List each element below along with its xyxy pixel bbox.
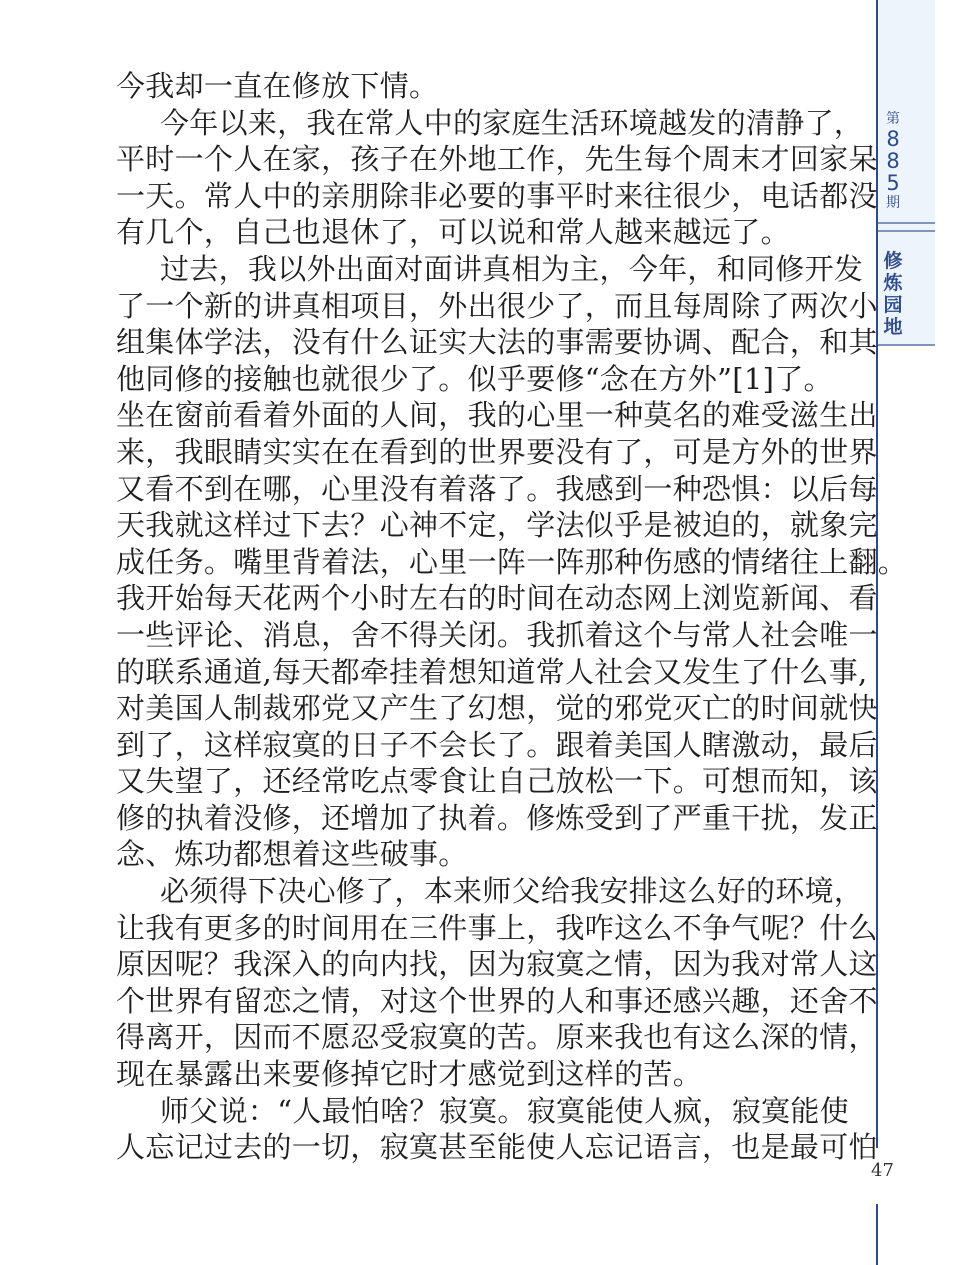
text-line: 又失望了，还经常吃点零食让自己放松一下。可想而知，该 [116, 763, 862, 800]
text-line: 组集体学法，没有什么证实大法的事需要协调、配合，和其 [116, 324, 862, 361]
section-char: 园 [880, 294, 906, 316]
text-line: 到了，这样寂寞的日子不会长了。跟着美国人瞎激动，最后 [116, 727, 862, 764]
text-line: 修的执着没修，还增加了执着。修炼受到了严重干扰，发正 [116, 800, 862, 837]
text-line: 我开始每天花两个小时左右的时间在动态网上浏览新闻、看 [116, 580, 862, 617]
text-line: 过去，我以外出面对面讲真相为主，今年，和同修开发 [116, 251, 862, 288]
text-line: 今我却一直在修放下情。 [116, 68, 862, 105]
text-line: 念、炼功都想着这些破事。 [116, 836, 862, 873]
page-number: 47 [871, 1160, 894, 1181]
sidebar-divider [878, 222, 935, 224]
issue-suffix: 期 [881, 194, 905, 212]
issue-digit: 5 [881, 172, 905, 194]
text-line: 今年以来，我在常人中的家庭生活环境越发的清静了， [116, 105, 862, 142]
text-line: 人忘记过去的一切，寂寞甚至能使人忘记语言，也是最可怕 [116, 1129, 862, 1166]
sidebar-divider [878, 344, 935, 346]
sidebar-divider [878, 230, 935, 232]
text-line: 平时一个人在家，孩子在外地工作，先生每个周末才回家呆 [116, 141, 862, 178]
section-char: 炼 [880, 272, 906, 294]
text-line: 坐在窗前看着外面的人间，我的心里一种莫名的难受滋生出 [116, 397, 862, 434]
text-line: 的联系通道,每天都牵挂着想知道常人社会又发生了什么事, [116, 654, 862, 691]
text-line: 现在暴露出来要修掉它时才感觉到这样的苦。 [116, 1056, 862, 1093]
text-line: 他同修的接触也就很少了。似乎要修“念在方外”[1]了。 [116, 361, 862, 398]
text-line: 一些评论、消息，舍不得关闭。我抓着这个与常人社会唯一 [116, 617, 862, 654]
text-line: 师父说：“人最怕啥？寂寞。寂寞能使人疯，寂寞能使 [116, 1093, 862, 1130]
issue-digit: 8 [881, 150, 905, 172]
section-title: 修 炼 园 地 [880, 250, 906, 338]
section-char: 修 [880, 250, 906, 272]
text-line: 个世界有留恋之情，对这个世界的人和事还感兴趣，还舍不 [116, 983, 862, 1020]
issue-digit: 8 [881, 128, 905, 150]
article-body: 今我却一直在修放下情。今年以来，我在常人中的家庭生活环境越发的清静了，平时一个人… [116, 68, 862, 1166]
text-line: 一天。常人中的亲朋除非必要的事平时来往很少，电话都没 [116, 178, 862, 215]
text-line: 必须得下决心修了，本来师父给我安排这么好的环境， [116, 873, 862, 910]
text-line: 来，我眼睛实实在在看到的世界要没有了，可是方外的世界 [116, 434, 862, 471]
text-line: 得离开，因而不愿忍受寂寞的苦。原来我也有这么深的情， [116, 1019, 862, 1056]
text-line: 对美国人制裁邪党又产生了幻想，觉的邪党灭亡的时间就快 [116, 690, 862, 727]
text-line: 让我有更多的时间用在三件事上，我咋这么不争气呢？什么 [116, 910, 862, 947]
text-line: 原因呢？我深入的向内找，因为寂寞之情，因为我对常人这 [116, 946, 862, 983]
text-line: 成任务。嘴里背着法，心里一阵一阵那种伤感的情绪往上翻。 [116, 544, 862, 581]
margin-rule-bottom [876, 1204, 878, 1265]
issue-label: 第 8 8 5 期 [881, 110, 905, 212]
text-line: 了一个新的讲真相项目，外出很少了，而且每周除了两次小 [116, 288, 862, 325]
section-char: 地 [880, 316, 906, 338]
issue-prefix: 第 [881, 110, 905, 128]
text-line: 天我就这样过下去？心神不定，学法似乎是被迫的，就象完 [116, 507, 862, 544]
text-line: 又看不到在哪，心里没有着落了。我感到一种恐惧：以后每 [116, 471, 862, 508]
text-line: 有几个，自己也退休了，可以说和常人越来越远了。 [116, 214, 862, 251]
